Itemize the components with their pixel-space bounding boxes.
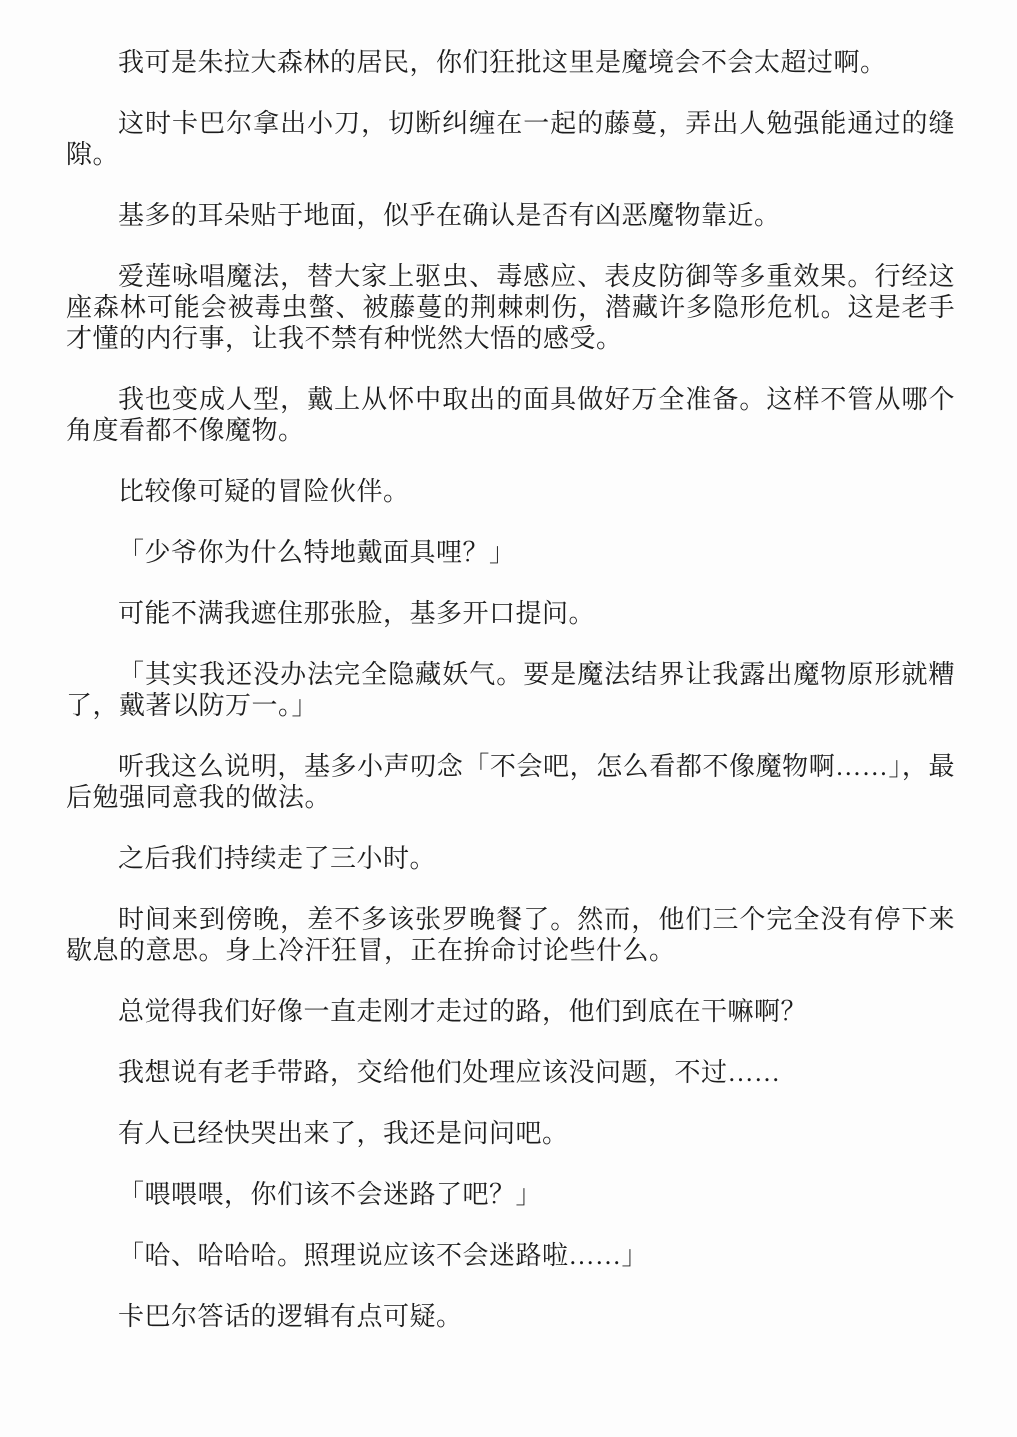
- paragraph-16: 「喂喂喂，你们该不会迷路了吧？」: [66, 1179, 955, 1210]
- paragraph-13: 总觉得我们好像一直走刚才走过的路，他们到底在干嘛啊？: [66, 996, 955, 1027]
- paragraph-10: 听我这么说明，基多小声叨念「不会吧，怎么看都不像魔物啊……」，最后勉强同意我的做…: [66, 751, 955, 813]
- paragraph-3: 基多的耳朵贴于地面，似乎在确认是否有凶恶魔物靠近。: [66, 200, 955, 231]
- paragraph-11: 之后我们持续走了三小时。: [66, 843, 955, 874]
- paragraph-9: 「其实我还没办法完全隐藏妖气。要是魔法结界让我露出魔物原形就糟了，戴著以防万一。…: [66, 659, 955, 721]
- paragraph-2: 这时卡巴尔拿出小刀，切断纠缠在一起的藤蔓，弄出人勉强能通过的缝隙。: [66, 108, 955, 170]
- paragraph-15: 有人已经快哭出来了，我还是问问吧。: [66, 1118, 955, 1149]
- paragraph-12: 时间来到傍晚，差不多该张罗晚餐了。然而，他们三个完全没有停下来歇息的意思。身上冷…: [66, 904, 955, 966]
- paragraph-14: 我想说有老手带路，交给他们处理应该没问题，不过……: [66, 1057, 955, 1088]
- paragraph-4: 爱莲咏唱魔法，替大家上驱虫、毒感应、表皮防御等多重效果。行经这座森林可能会被毒虫…: [66, 261, 955, 354]
- paragraph-6: 比较像可疑的冒险伙伴。: [66, 476, 955, 507]
- novel-page: 我可是朱拉大森林的居民，你们狂批这里是魔境会不会太超过啊。这时卡巴尔拿出小刀，切…: [0, 0, 1017, 1437]
- paragraph-7: 「少爷你为什么特地戴面具哩？」: [66, 537, 955, 568]
- paragraph-5: 我也变成人型，戴上从怀中取出的面具做好万全准备。这样不管从哪个角度看都不像魔物。: [66, 384, 955, 446]
- paragraph-18: 卡巴尔答话的逻辑有点可疑。: [66, 1301, 955, 1332]
- page-content: 我可是朱拉大森林的居民，你们狂批这里是魔境会不会太超过啊。这时卡巴尔拿出小刀，切…: [66, 47, 955, 1332]
- paragraph-17: 「哈、哈哈哈。照理说应该不会迷路啦……」: [66, 1240, 955, 1271]
- paragraph-8: 可能不满我遮住那张脸，基多开口提问。: [66, 598, 955, 629]
- paragraph-1: 我可是朱拉大森林的居民，你们狂批这里是魔境会不会太超过啊。: [66, 47, 955, 78]
